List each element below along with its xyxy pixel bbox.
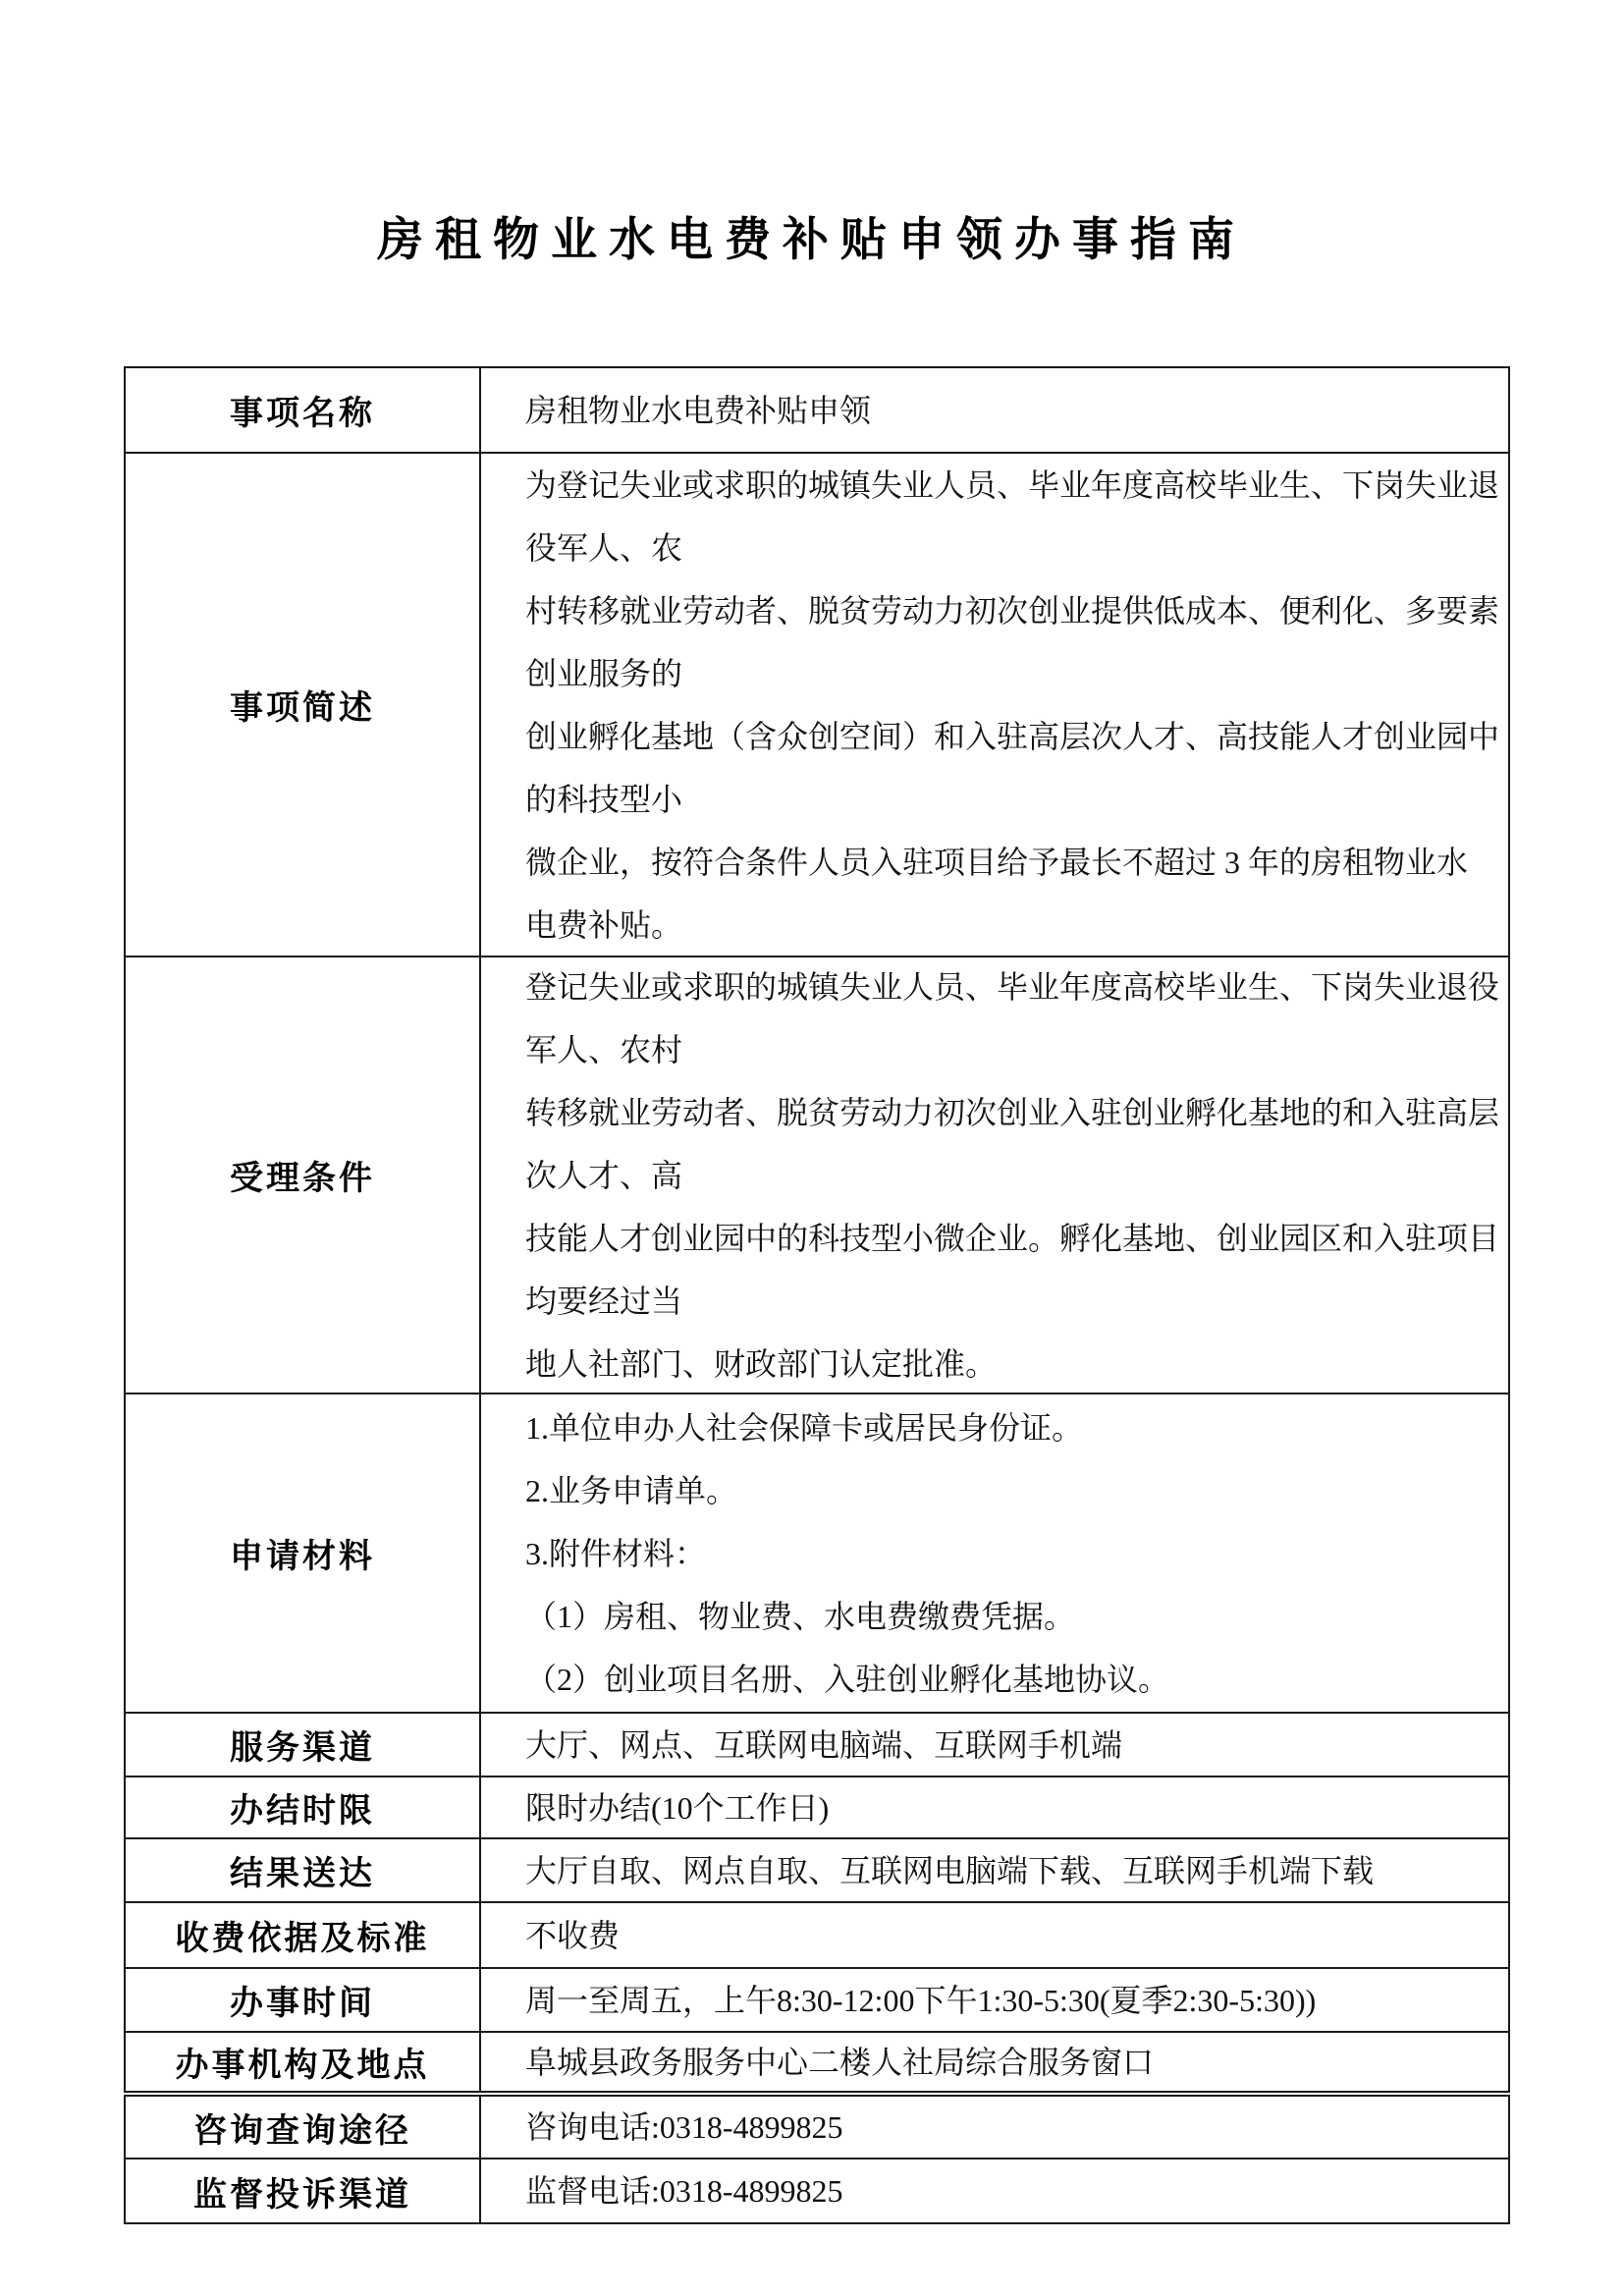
table-row: 办事机构及地点阜城县政务服务中心二楼人社局综合服务窗口 — [126, 2031, 1508, 2091]
content-line: 周一至周五，上午8:30-12:00下午1:30-5:30(夏季2:30-5:3… — [525, 1969, 1490, 2031]
page-title: 房租物业水电费补贴申领办事指南 — [0, 203, 1623, 269]
content-line: 均要经过当 — [525, 1270, 1490, 1333]
row-content: 大厅、网点、互联网电脑端、互联网手机端 — [481, 1714, 1508, 1776]
content-line: （1）房租、物业费、水电费缴费凭据。 — [525, 1585, 1490, 1648]
row-content: 周一至周五，上午8:30-12:00下午1:30-5:30(夏季2:30-5:3… — [481, 1969, 1508, 2031]
content-line: 为登记失业或求职的城镇失业人员、毕业年度高校毕业生、下岗失业退 — [525, 454, 1490, 517]
content-line: 1.单位申办人社会保障卡或居民身份证。 — [525, 1396, 1490, 1459]
row-label: 受理条件 — [126, 957, 481, 1393]
table-row: 办事时间周一至周五，上午8:30-12:00下午1:30-5:30(夏季2:30… — [126, 1967, 1508, 2031]
table-row: 办结时限限时办结(10个工作日) — [126, 1776, 1508, 1837]
content-line: 2.业务申请单。 — [525, 1459, 1490, 1522]
contact-table: 咨询查询途径咨询电话:0318-4899825监督投诉渠道监督电话:0318-4… — [124, 2095, 1510, 2224]
row-label: 办结时限 — [126, 1777, 481, 1837]
table-row: 事项名称房租物业水电费补贴申领 — [126, 368, 1508, 452]
row-content: 大厅自取、网点自取、互联网电脑端下载、互联网手机端下载 — [481, 1839, 1508, 1901]
content-line: 创业服务的 — [525, 642, 1490, 705]
content-line: 微企业，按符合条件人员入驻项目给予最长不超过 3 年的房租物业水 — [525, 831, 1490, 894]
content-line: 军人、农村 — [525, 1018, 1490, 1081]
row-content: 1.单位申办人社会保障卡或居民身份证。2.业务申请单。3.附件材料：（1）房租、… — [481, 1394, 1508, 1712]
table-row: 申请材料1.单位申办人社会保障卡或居民身份证。2.业务申请单。3.附件材料：（1… — [126, 1393, 1508, 1712]
content-line: 创业孵化基地（含众创空间）和入驻高层次人才、高技能人才创业园中 — [525, 705, 1490, 768]
row-content: 登记失业或求职的城镇失业人员、毕业年度高校毕业生、下岗失业退役军人、农村转移就业… — [481, 957, 1508, 1393]
table-row: 收费依据及标准不收费 — [126, 1901, 1508, 1967]
row-content: 咨询电话:0318-4899825 — [481, 2097, 1508, 2158]
table-row: 监督投诉渠道监督电话:0318-4899825 — [126, 2158, 1508, 2222]
content-line: 房租物业水电费补贴申领 — [525, 379, 1490, 442]
row-label: 结果送达 — [126, 1839, 481, 1901]
content-line: 限时办结(10个工作日) — [525, 1777, 1490, 1837]
content-line: 役军人、农 — [525, 517, 1490, 579]
row-label: 办事机构及地点 — [126, 2033, 481, 2091]
row-label: 事项简述 — [126, 454, 481, 956]
row-content: 限时办结(10个工作日) — [481, 1777, 1508, 1837]
table-row: 服务渠道大厅、网点、互联网电脑端、互联网手机端 — [126, 1712, 1508, 1776]
content-line: 大厅、网点、互联网电脑端、互联网手机端 — [525, 1714, 1490, 1776]
row-label: 收费依据及标准 — [126, 1903, 481, 1967]
table-row: 咨询查询途径咨询电话:0318-4899825 — [126, 2097, 1508, 2158]
row-content: 阜城县政务服务中心二楼人社局综合服务窗口 — [481, 2033, 1508, 2091]
content-line: 不收费 — [525, 1904, 1490, 1967]
content-line: （2）创业项目名册、入驻创业孵化基地协议。 — [525, 1648, 1490, 1711]
table-row: 受理条件登记失业或求职的城镇失业人员、毕业年度高校毕业生、下岗失业退役军人、农村… — [126, 956, 1508, 1393]
content-line: 的科技型小 — [525, 768, 1490, 831]
content-line: 阜城县政务服务中心二楼人社局综合服务窗口 — [525, 2033, 1490, 2091]
table-row: 结果送达大厅自取、网点自取、互联网电脑端下载、互联网手机端下载 — [126, 1837, 1508, 1901]
row-label: 事项名称 — [126, 368, 481, 452]
content-line: 电费补贴。 — [525, 894, 1490, 957]
table-row: 事项简述为登记失业或求职的城镇失业人员、毕业年度高校毕业生、下岗失业退役军人、农… — [126, 452, 1508, 956]
row-label: 申请材料 — [126, 1394, 481, 1712]
row-label: 办事时间 — [126, 1969, 481, 2031]
content-line: 村转移就业劳动者、脱贫劳动力初次创业提供低成本、便利化、多要素 — [525, 579, 1490, 642]
guide-table: 事项名称房租物业水电费补贴申领事项简述为登记失业或求职的城镇失业人员、毕业年度高… — [124, 366, 1510, 2093]
content-line: 地人社部门、财政部门认定批准。 — [525, 1333, 1490, 1394]
row-content: 房租物业水电费补贴申领 — [481, 368, 1508, 452]
row-content: 不收费 — [481, 1903, 1508, 1967]
content-line: 咨询电话:0318-4899825 — [525, 2097, 1490, 2158]
content-line: 大厅自取、网点自取、互联网电脑端下载、互联网手机端下载 — [525, 1839, 1490, 1901]
row-content: 监督电话:0318-4899825 — [481, 2159, 1508, 2222]
content-line: 登记失业或求职的城镇失业人员、毕业年度高校毕业生、下岗失业退役 — [525, 957, 1490, 1018]
content-line: 3.附件材料： — [525, 1522, 1490, 1585]
content-line: 次人才、高 — [525, 1144, 1490, 1207]
content-line: 监督电话:0318-4899825 — [525, 2159, 1490, 2222]
row-label: 监督投诉渠道 — [126, 2159, 481, 2222]
content-line: 转移就业劳动者、脱贫劳动力初次创业入驻创业孵化基地的和入驻高层 — [525, 1081, 1490, 1144]
row-content: 为登记失业或求职的城镇失业人员、毕业年度高校毕业生、下岗失业退役军人、农村转移就… — [481, 454, 1508, 956]
content-line: 技能人才创业园中的科技型小微企业。孵化基地、创业园区和入驻项目 — [525, 1207, 1490, 1270]
row-label: 咨询查询途径 — [126, 2097, 481, 2158]
row-label: 服务渠道 — [126, 1714, 481, 1776]
